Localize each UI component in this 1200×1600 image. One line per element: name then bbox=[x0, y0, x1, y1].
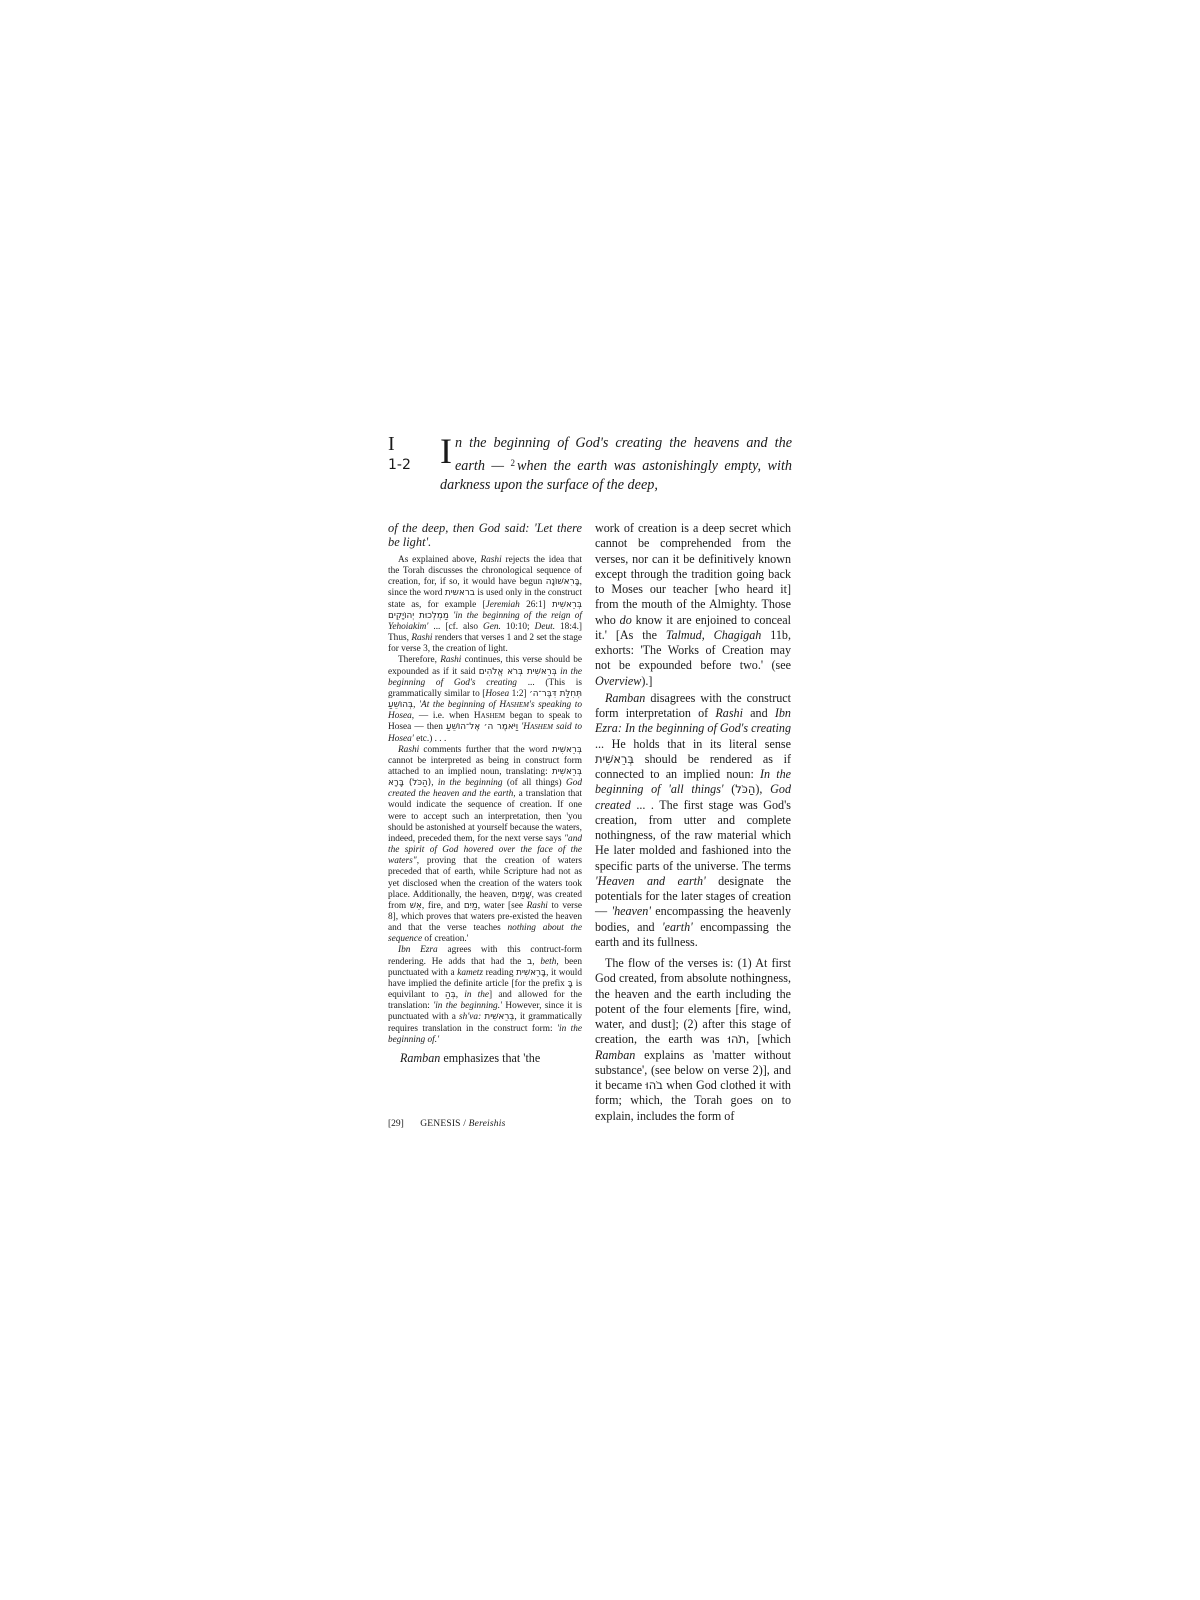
text-run: Therefore, bbox=[398, 655, 440, 665]
text-run: Rashi bbox=[480, 555, 501, 565]
text-run: reading bbox=[483, 968, 516, 978]
text-run: kametz bbox=[457, 968, 483, 978]
text-run: ).] bbox=[641, 674, 652, 688]
text-run: Rashi bbox=[527, 901, 548, 911]
commentary-paragraph: work of creation is a deep secret which … bbox=[595, 521, 791, 689]
hebrew-text: הַכֹּל bbox=[735, 782, 755, 796]
book-title: GENESIS / Bereishis bbox=[420, 1119, 505, 1129]
text-run: Ramban bbox=[595, 1048, 635, 1062]
text-run: Overview bbox=[595, 674, 641, 688]
hebrew-text: בְּרֵאשִׁית bbox=[595, 752, 634, 766]
hebrew-text: בְּהַ bbox=[445, 990, 456, 1000]
text-run: comments further that the word bbox=[419, 745, 552, 755]
hebrew-text: בְּרֵאשִׁית bbox=[484, 1012, 514, 1022]
text-run: , bbox=[456, 990, 465, 1000]
text-run: (of all things) bbox=[502, 778, 566, 788]
text-run: Deut. bbox=[535, 622, 555, 632]
text-run: Hosea bbox=[485, 689, 509, 699]
text-run: beth, bbox=[540, 957, 558, 967]
commentary-paragraph: Ramban emphasizes that 'the bbox=[388, 1051, 582, 1066]
text-run: Ramban bbox=[400, 1051, 440, 1065]
hebrew-text: וַיֹּאמֶר ה׳ אֶל־הוֹשֵׁעַ bbox=[446, 722, 518, 732]
text-run: in the bbox=[464, 990, 489, 1000]
text-run: Talmud, Chagigah bbox=[666, 628, 761, 642]
text-run: , bbox=[431, 778, 438, 788]
chapter-number: I bbox=[388, 434, 428, 454]
commentary-left-column: of the deep, then God said: 'Let there b… bbox=[388, 521, 582, 1078]
text-run: work of creation is a deep secret which … bbox=[595, 521, 791, 627]
page-number: [29] bbox=[388, 1119, 404, 1129]
commentary-paragraph: As explained above, Rashi rejects the id… bbox=[388, 555, 582, 655]
chapter-marker: I 1-2 bbox=[388, 434, 428, 474]
text-run: , [which bbox=[746, 1032, 791, 1046]
text-run: etc.) . . . bbox=[414, 734, 447, 744]
text-run: ), bbox=[755, 782, 770, 796]
text-run: 10:10; bbox=[501, 622, 535, 632]
commentary-paragraph: Rashi comments further that the word בְּ… bbox=[388, 745, 582, 946]
text-run: and bbox=[743, 706, 775, 720]
text-run: Hashem bbox=[474, 711, 505, 721]
hebrew-text: שָׁמַיִם bbox=[512, 890, 532, 900]
text-run: GENESIS / bbox=[420, 1119, 468, 1129]
hebrew-text: מַיִם bbox=[464, 901, 478, 911]
text-run: ... [cf. also bbox=[428, 622, 483, 632]
lead-verse-quote: of the deep, then God said: 'Let there b… bbox=[388, 521, 582, 549]
text-run: Rashi bbox=[411, 633, 432, 643]
text-run: Ramban bbox=[605, 691, 645, 705]
text-run: 'earth' bbox=[662, 920, 693, 934]
text-run: — i.e. when bbox=[414, 711, 474, 721]
text-run: , 'At the beginning of bbox=[413, 700, 499, 710]
text-run: 'Hashem bbox=[518, 722, 553, 732]
hebrew-text: תֹהוּ bbox=[728, 1032, 746, 1046]
text-run: As explained above, bbox=[398, 555, 480, 565]
text-run: ( bbox=[724, 782, 736, 796]
text-run: 'Heaven and earth' bbox=[595, 874, 706, 888]
hebrew-text: בְּרֵאשִׁית bbox=[552, 745, 582, 755]
hebrew-text: בראשית bbox=[445, 588, 475, 598]
text-run: ... He holds that in its literal sense bbox=[595, 737, 791, 751]
hebrew-text: בֹהוּ bbox=[646, 1078, 663, 1092]
text-run: Rashi bbox=[440, 655, 461, 665]
book-page: I 1-2 In the beginning of God's creating… bbox=[0, 0, 1200, 1600]
text-run: do bbox=[620, 613, 632, 627]
verse-translation: In the beginning of God's creating the h… bbox=[440, 434, 792, 496]
hebrew-text: בְּרֵאשִׁית בְּרֹא אֱלֹהִים bbox=[479, 667, 557, 677]
text-run: sh'va: bbox=[459, 1012, 481, 1022]
text-run: Rashi bbox=[398, 745, 419, 755]
text-run: , fire, and bbox=[422, 901, 464, 911]
text-run: emphasizes that 'the bbox=[440, 1051, 540, 1065]
drop-cap: I bbox=[440, 436, 452, 466]
text-run: of creation.' bbox=[422, 934, 468, 944]
verse-range: 1-2 bbox=[388, 456, 428, 474]
hebrew-text: אֵשׁ bbox=[410, 901, 422, 911]
text-run: Bereishis bbox=[469, 1119, 506, 1129]
commentary-paragraph: Ramban disagrees with the construct form… bbox=[595, 691, 791, 950]
text-run: , water [see bbox=[478, 901, 527, 911]
hebrew-text: בָּרִאשׁוֹנָה bbox=[546, 577, 580, 587]
hebrew-text: בָּרֵאשִׁית bbox=[516, 968, 546, 978]
text-run: 'in the beginning.' bbox=[433, 1001, 502, 1011]
verse-number: 2 bbox=[511, 458, 516, 468]
text-run: 1:2] bbox=[509, 689, 529, 699]
commentary-paragraph: Ibn Ezra agrees with this contruct-form … bbox=[388, 945, 582, 1045]
page-footer: [29] GENESIS / Bereishis bbox=[388, 1118, 505, 1130]
commentary-paragraph: The flow of the verses is: (1) At first … bbox=[595, 956, 791, 1124]
text-run: Ibn Ezra bbox=[398, 945, 438, 955]
text-run: 'heaven' bbox=[611, 904, 650, 918]
text-run: 26:1] bbox=[520, 600, 552, 610]
text-run: Hashem bbox=[499, 700, 529, 710]
text-run: Gen. bbox=[483, 622, 501, 632]
commentary-right-column: work of creation is a deep secret which … bbox=[595, 521, 791, 1130]
commentary-paragraph: Therefore, Rashi continues, this verse s… bbox=[388, 655, 582, 744]
text-run: Jeremiah bbox=[486, 600, 520, 610]
text-run: Rashi bbox=[715, 706, 743, 720]
text-run: in the beginning bbox=[438, 778, 503, 788]
